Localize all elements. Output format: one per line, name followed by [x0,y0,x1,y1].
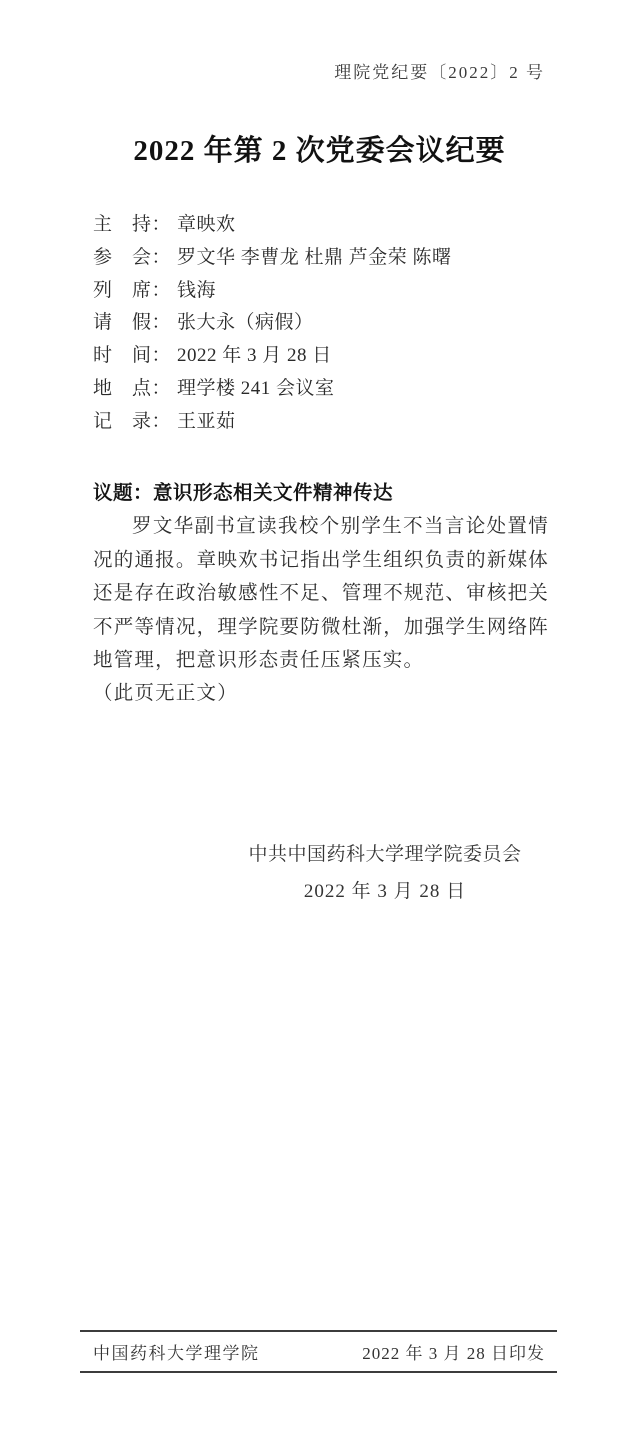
doc-number: 理院党纪要〔2022〕2 号 [334,58,545,83]
meta-value: 王亚茹 [171,406,236,439]
meta-value: 理学楼 241 会议室 [171,373,335,406]
signature-org: 中共中国药科大学理学院委员会 [228,838,542,872]
doc-title: 2022 年第 2 次党委会议纪要 [0,128,639,169]
topic-body: 罗文华副书宣读我校个别学生不当言论处置情况的通报。章映欢书记指出学生组织负责的新… [93,510,549,677]
meta-label: 地 点： [93,373,171,406]
meta-row-leave: 请 假： 张大永（病假） [93,307,563,340]
footer-print-date: 2022 年 3 月 28 日印发 [362,1339,545,1364]
meta-value: 张大永（病假） [171,307,314,340]
meta-label: 请 假： [93,307,171,340]
document-page: 理院党纪要〔2022〕2 号 2022 年第 2 次党委会议纪要 主 持： 章映… [0,0,639,1430]
meta-row-time: 时 间： 2022 年 3 月 28 日 [93,340,563,373]
signature-date: 2022 年 3 月 28 日 [228,872,542,912]
meta-row-recorder: 记 录： 王亚茹 [93,406,563,439]
meta-row-host: 主 持： 章映欢 [93,209,563,242]
footer-issuer: 中国药科大学理学院 [93,1339,260,1364]
topic-section: 议题：意识形态相关文件精神传达 罗文华副书宣读我校个别学生不当言论处置情况的通报… [93,477,549,711]
meta-row-attendees: 参 会： 罗文华 李曹龙 杜鼎 芦金荣 陈曙 [93,242,563,275]
meta-value: 钱海 [171,275,216,308]
no-text-note: （此页无正文） [93,677,549,710]
signature-block: 中共中国药科大学理学院委员会 2022 年 3 月 28 日 [228,838,542,912]
topic-heading: 议题：意识形态相关文件精神传达 [93,477,549,510]
meta-label: 列 席： [93,275,171,308]
meta-label: 时 间： [93,340,171,373]
meta-value: 罗文华 李曹龙 杜鼎 芦金荣 陈曙 [171,242,452,275]
meta-row-location: 地 点： 理学楼 241 会议室 [93,373,563,406]
meta-list: 主 持： 章映欢 参 会： 罗文华 李曹龙 杜鼎 芦金荣 陈曙 列 席： 钱海 … [93,209,563,439]
meta-value: 章映欢 [171,209,236,242]
meta-label: 参 会： [93,242,171,275]
meta-row-observers: 列 席： 钱海 [93,275,563,308]
meta-value: 2022 年 3 月 28 日 [171,340,332,373]
meta-label: 主 持： [93,209,171,242]
footer-imprint: 中国药科大学理学院 2022 年 3 月 28 日印发 [80,1330,557,1373]
meta-label: 记 录： [93,406,171,439]
